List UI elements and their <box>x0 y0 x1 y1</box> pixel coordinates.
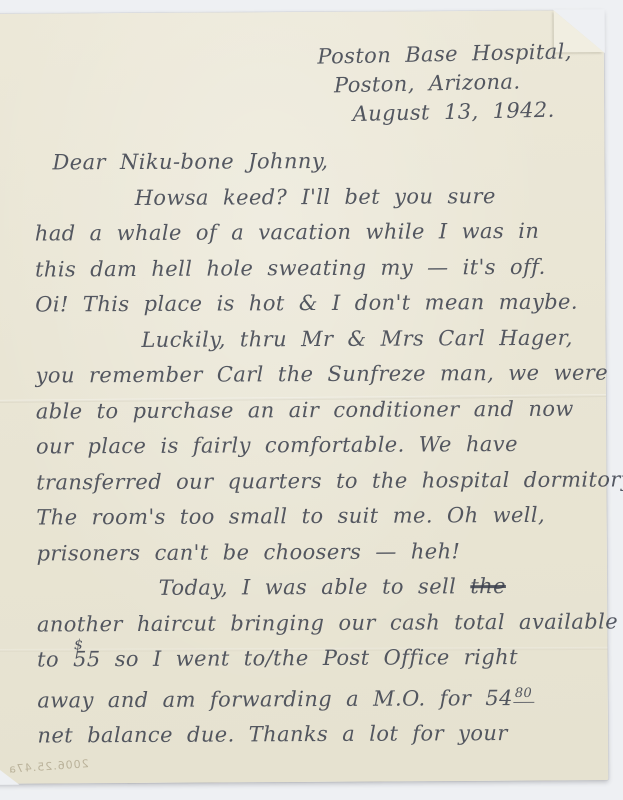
letter-line: Today, I was able to sell the <box>37 569 609 607</box>
letter-text: Today, I was able to sell <box>159 574 471 600</box>
dollar-sign: $ <box>74 628 83 664</box>
letter-line: had a whale of a vacation while I was in <box>35 214 607 252</box>
letter-line: Oi! This place is hot & I don't mean may… <box>35 285 607 323</box>
scanned-letter-page: { "page": { "background_color": "#eef0f3… <box>0 0 623 800</box>
letter-line: away and am forwarding a M.O. for 5480 <box>37 675 609 718</box>
letter-line: Luckily, thru Mr & Mrs Carl Hager, <box>35 320 607 358</box>
letter-line: our place is fairly comfortable. We have <box>36 427 608 465</box>
heading-date: August 13, 1942. <box>352 95 573 129</box>
letter-text: away and am forwarding a M.O. for 54 <box>37 686 513 712</box>
letter-text: to <box>37 647 73 671</box>
salutation: Dear Niku-bone Johnny, <box>34 143 606 181</box>
cents-superscript: 80 <box>513 685 534 702</box>
heading-hospital: Poston Base Hospital, <box>317 37 572 71</box>
letter-line: Howsa keed? I'll bet you sure <box>35 178 607 216</box>
letter-line: prisoners can't be choosers — heh! <box>36 533 608 571</box>
crossed-out-word: the <box>470 574 506 598</box>
letter-heading: Poston Base Hospital, Poston, Arizona. A… <box>317 37 573 129</box>
letter-line: net balance due. Thanks a lot for your <box>37 715 609 753</box>
letter-line: transferred our quarters to the hospital… <box>36 462 608 500</box>
letter-body: Dear Niku-bone Johnny, Howsa keed? I'll … <box>34 143 609 754</box>
letter-line: able to purchase an air conditioner and … <box>36 391 608 429</box>
letter-line: to $55 so I went to/the Post Office righ… <box>37 639 609 677</box>
letter-text: 55 so I went to/the Post Office right <box>73 645 518 671</box>
dollar-amount: $55 so I went to/the Post Office right <box>73 640 518 678</box>
letter-line: this dam hell hole sweating my — it's of… <box>35 249 607 287</box>
letter-line: another haircut bringing our cash total … <box>37 604 609 642</box>
letter-line: The room's too small to suit me. Oh well… <box>36 498 608 536</box>
letter-line: you remember Carl the Sunfreze man, we w… <box>36 356 608 394</box>
